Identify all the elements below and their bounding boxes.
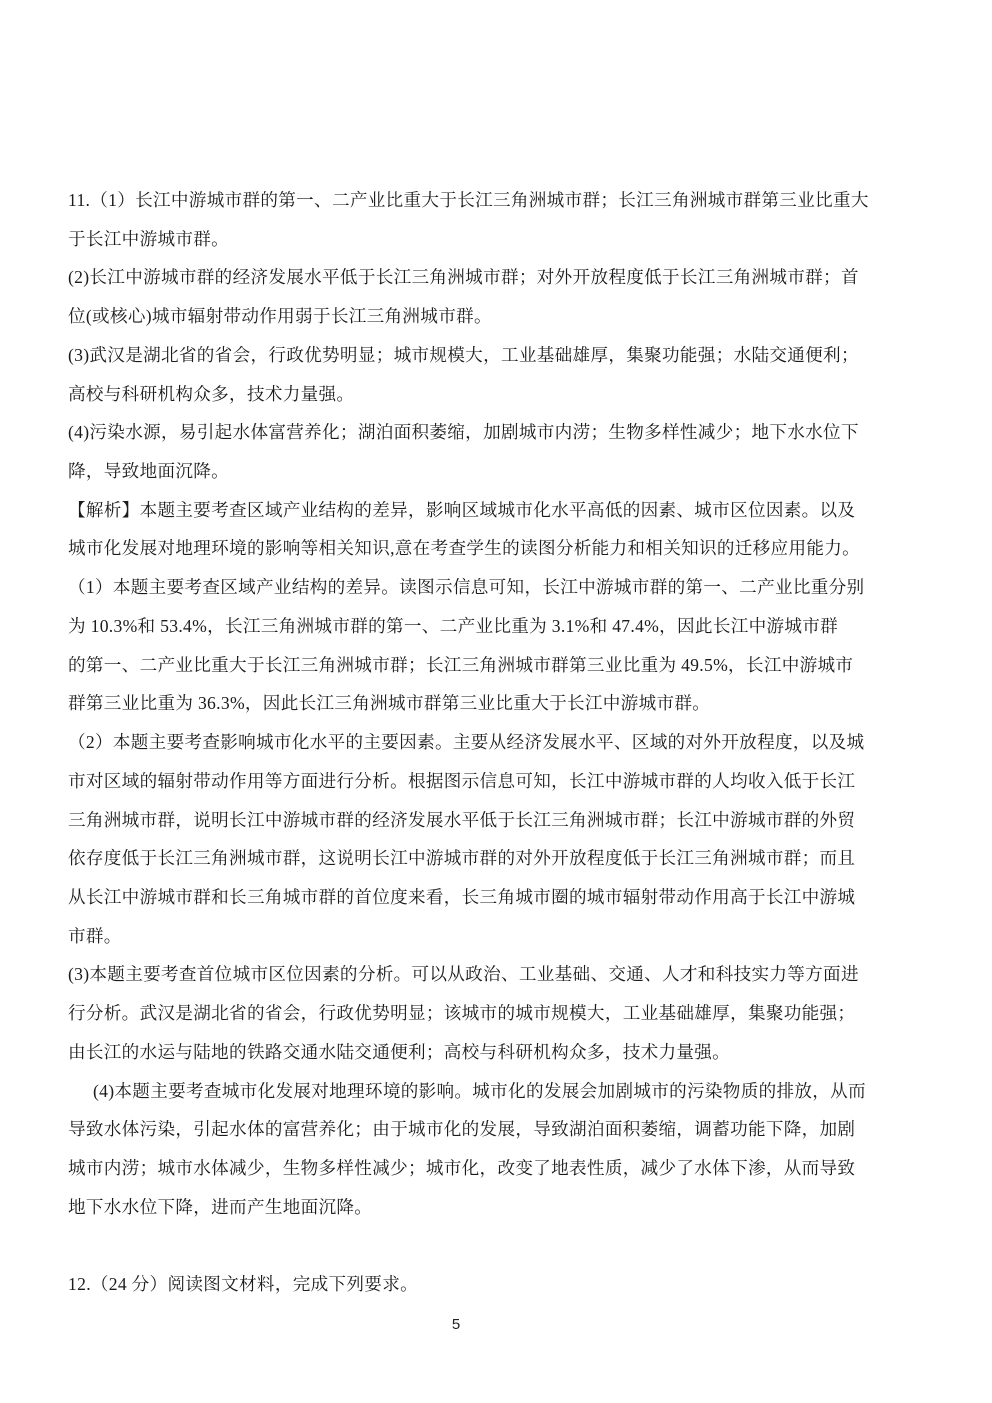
analysis-line: 的第一、二产业比重大于长江三角洲城市群；长江三角洲城市群第三业比重为 49.5%… xyxy=(68,646,928,685)
analysis-line: 从长江中游城市群和长三角城市群的首位度来看，长三角城市圈的城市辐射带动作用高于长… xyxy=(68,878,928,917)
analysis-line: 三角洲城市群，说明长江中游城市群的经济发展水平低于长江三角洲城市群；长江中游城市… xyxy=(68,801,928,840)
answer-line: 11.（1）长江中游城市群的第一、二产业比重大于长江三角洲城市群；长江三角洲城市… xyxy=(68,181,928,220)
document-page: 11.（1）长江中游城市群的第一、二产业比重大于长江三角洲城市群；长江三角洲城市… xyxy=(68,181,928,1304)
analysis-line: 城市内涝；城市水体减少，生物多样性减少；城市化，改变了地表性质，减少了水体下渗，… xyxy=(68,1149,928,1188)
answer-line: (2)长江中游城市群的经济发展水平低于长江三角洲城市群；对外开放程度低于长江三角… xyxy=(68,258,928,297)
answer-line: 位(或核心)城市辐射带动作用弱于长江三角洲城市群。 xyxy=(68,297,928,336)
answer-line: (4)污染水源，易引起水体富营养化；湖泊面积萎缩，加剧城市内涝；生物多样性减少；… xyxy=(68,413,928,452)
analysis-line: 行分析。武汉是湖北省的省会，行政优势明显；该城市的城市规模大，工业基础雄厚，集聚… xyxy=(68,994,928,1033)
analysis-line: 【解析】本题主要考查区域产业结构的差异，影响区域城市化水平高低的因素、城市区位因… xyxy=(68,491,928,530)
analysis-line: 由长江的水运与陆地的铁路交通水陆交通便利；高校与科研机构众多，技术力量强。 xyxy=(68,1033,928,1072)
analysis-line: （2）本题主要考查影响城市化水平的主要因素。主要从经济发展水平、区域的对外开放程… xyxy=(68,723,928,762)
analysis-line: 为 10.3%和 53.4%，长江三角洲城市群的第一、二产业比重为 3.1%和 … xyxy=(68,607,928,646)
analysis-line: （1）本题主要考查区域产业结构的差异。读图示信息可知，长江中游城市群的第一、二产… xyxy=(68,568,928,607)
answer-line: (3)武汉是湖北省的省会，行政优势明显；城市规模大，工业基础雄厚，集聚功能强；水… xyxy=(68,336,928,375)
analysis-line: 市对区域的辐射带动作用等方面进行分析。根据图示信息可知，长江中游城市群的人均收入… xyxy=(68,762,928,801)
page-number: 5 xyxy=(0,1316,912,1333)
analysis-line: (3)本题主要考查首位城市区位因素的分析。可以从政治、工业基础、交通、人才和科技… xyxy=(68,955,928,994)
analysis-line: 群第三业比重为 36.3%，因此长江三角洲城市群第三业比重大于长江中游城市群。 xyxy=(68,684,928,723)
answer-line: 降，导致地面沉降。 xyxy=(68,452,928,491)
analysis-line: 市群。 xyxy=(68,917,928,956)
next-question-line: 12.（24 分）阅读图文材料，完成下列要求。 xyxy=(68,1265,928,1304)
analysis-line: 城市化发展对地理环境的影响等相关知识,意在考查学生的读图分析能力和相关知识的迁移… xyxy=(68,529,928,568)
analysis-line: 依存度低于长江三角洲城市群，这说明长江中游城市群的对外开放程度低于长江三角洲城市… xyxy=(68,839,928,878)
answer-line: 高校与科研机构众多，技术力量强。 xyxy=(68,375,928,414)
answer-line: 于长江中游城市群。 xyxy=(68,220,928,259)
blank-line xyxy=(68,1226,928,1265)
analysis-line: 地下水水位下降，进而产生地面沉降。 xyxy=(68,1188,928,1227)
analysis-line: 导致水体污染，引起水体的富营养化；由于城市化的发展，导致湖泊面积萎缩，调蓄功能下… xyxy=(68,1110,928,1149)
analysis-line: (4)本题主要考查城市化发展对地理环境的影响。城市化的发展会加剧城市的污染物质的… xyxy=(68,1072,928,1111)
